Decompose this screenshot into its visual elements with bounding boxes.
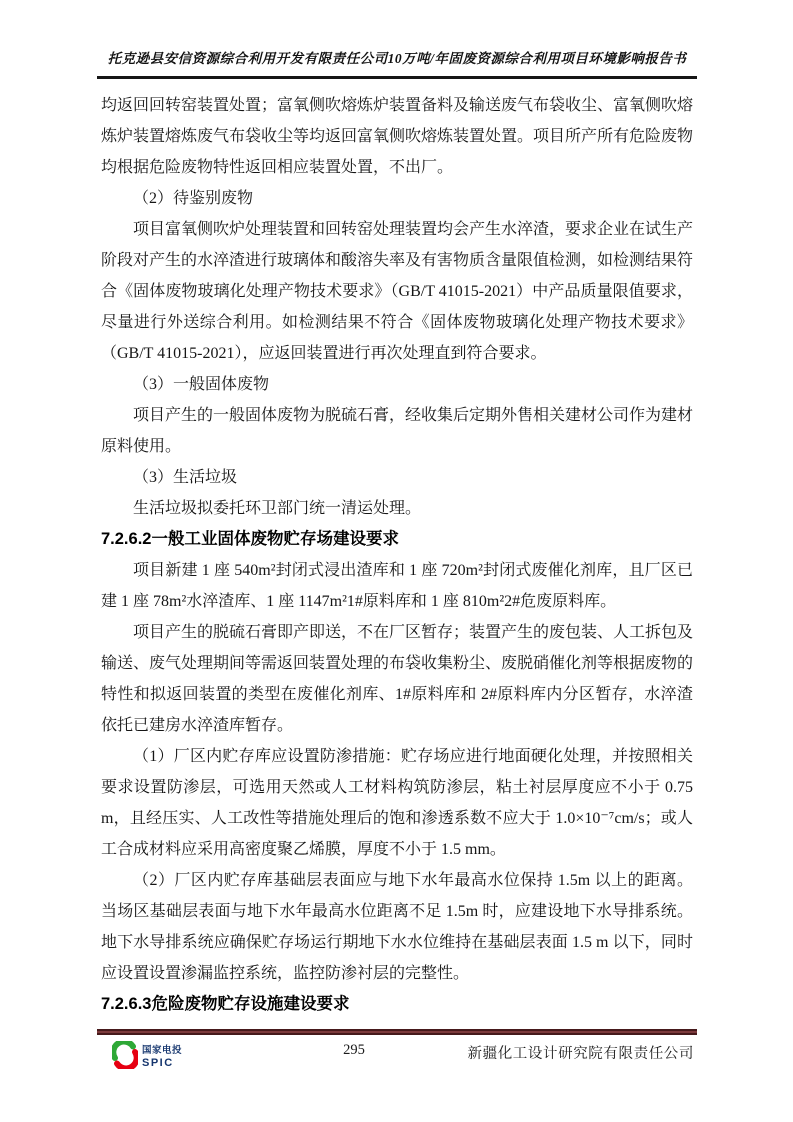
paragraph: 生活垃圾拟委托环卫部门统一清运处理。: [101, 493, 693, 524]
paragraph: （3）生活垃圾: [101, 462, 693, 493]
paragraph: （2）厂区内贮存库基础层表面应与地下水年最高水位保持 1.5m 以上的距离。当场…: [101, 865, 693, 989]
footer-company-name: 新疆化工设计研究院有限责任公司: [468, 1042, 695, 1063]
spic-logo-name-cn: 国家电投: [142, 1046, 182, 1056]
paragraph: 项目产生的脱硫石膏即产即送，不在厂区暂存；装置产生的废包装、人工拆包及输送、废气…: [101, 617, 693, 741]
footer-rule: [97, 1029, 697, 1035]
paragraph: 项目新建 1 座 540m²封闭式浸出渣库和 1 座 720m²封闭式废催化剂库…: [101, 555, 693, 617]
spic-logo: 国家电投 SPIC: [112, 1041, 182, 1074]
document-page: 托克逊县安信资源综合利用开发有限责任公司10万吨/年固废资源综合利用项目环境影响…: [0, 0, 793, 1122]
paragraph: 项目产生的一般固体废物为脱硫石膏，经收集后定期外售相关建材公司作为建材原料使用。: [101, 400, 693, 462]
spic-logo-text: 国家电投 SPIC: [142, 1046, 182, 1069]
spic-logo-name-en: SPIC: [142, 1057, 182, 1069]
paragraph: 7.2.6.3危险废物贮存设施建设要求: [101, 989, 693, 1020]
paragraph: （3）一般固体废物: [101, 369, 693, 400]
paragraph: （2）待鉴别废物: [101, 183, 693, 214]
paragraph: （1）厂区内贮存库应设置防渗措施：贮存场应进行地面硬化处理，并按照相关要求设置防…: [101, 741, 693, 865]
header-rule: [97, 76, 697, 79]
paragraph: 7.2.6.2一般工业固体废物贮存场建设要求: [101, 524, 693, 555]
header-title: 托克逊县安信资源综合利用开发有限责任公司10万吨/年固废资源综合利用项目环境影响…: [97, 47, 697, 67]
document-body: 均返回回转窑装置处置；富氧侧吹熔炼炉装置备料及输送废气布袋收尘、富氧侧吹熔炼炉装…: [101, 90, 693, 1020]
spic-logo-icon: [112, 1041, 138, 1074]
paragraph: 项目富氧侧吹炉处理装置和回转窑处理装置均会产生水淬渣，要求企业在试生产阶段对产生…: [101, 214, 693, 369]
page-number: 295: [328, 1042, 380, 1059]
paragraph: 均返回回转窑装置处置；富氧侧吹熔炼炉装置备料及输送废气布袋收尘、富氧侧吹熔炼炉装…: [101, 90, 693, 183]
